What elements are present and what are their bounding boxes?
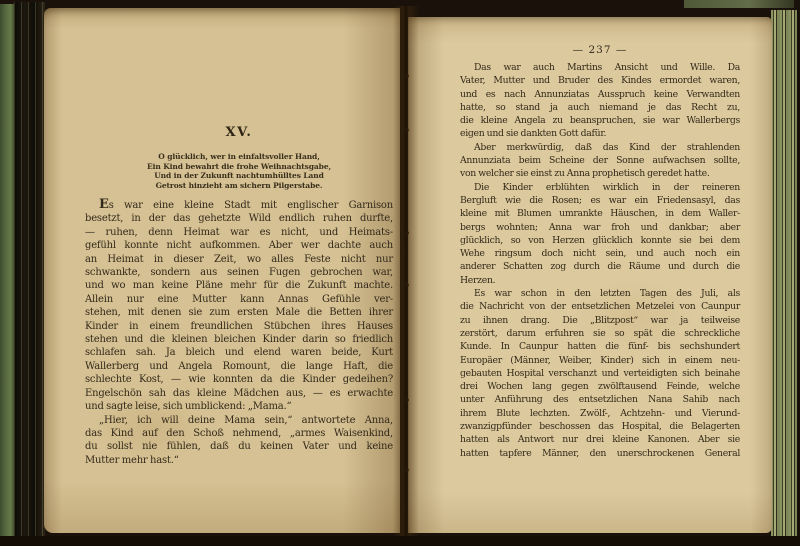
book-cover-top-right-edge [684,0,794,8]
binding-stitch [404,128,409,132]
left-page: XV. O glücklich, wer in einfaltsvoller H… [44,8,400,533]
text-line: gebauten Hospital verschanzt und verteid… [460,367,740,380]
epigraph: O glücklich, wer in einfaltsvoller Hand,… [85,152,393,190]
text-line: die Nachricht von der entsetzlichen Metz… [460,300,740,313]
page-edge-stack-left [14,2,45,544]
epigraph-line: Und in der Zukunft nachtumhülltes Land [85,171,393,181]
text-line: — ruhen, denn Heimat war es nicht, und H… [85,226,393,239]
text-line: hatte, so stand ja auch niemand je das R… [460,101,740,114]
epigraph-line: O glücklich, wer in einfaltsvoller Hand, [85,152,393,162]
initial-capital: E [99,197,109,212]
page-number: — 237 — [460,44,740,56]
text-line: und sagte leise, sich umblickend: „Mama.… [85,400,393,413]
text-line: drei Wochen lang gegen zwölftausend Fein… [460,380,740,393]
text-line: gefühl konnte nicht aufkommen. Aber wer … [85,239,393,252]
text-line: Vater, Mutter und Bruder des Kindes ermo… [460,74,740,87]
text-line: zu ihnen drang. Die „Blitzpost“ war ja t… [460,314,740,327]
text-line: hatten tapfere Männer, den unerschrocken… [460,447,740,460]
text-line: das Kind auf den Schoß nehmend, „armes W… [85,427,393,440]
text-line: Herzen. [460,274,740,287]
text-line: Wehe ringsum doch nicht sein, und auch n… [460,247,740,260]
text-line: besetzt, in der das gehetzte Wild endlic… [85,212,393,225]
text-line: ihrem Blute lechzten. Zwölf-, Achtzehn- … [460,407,740,420]
binding-stitch [404,468,409,472]
text-line: Es war schon in den letzten Tagen des Ju… [460,287,740,300]
text-line: glücklich, so von Herzen glücklich konnt… [460,234,740,247]
text-line: Kunde. In Caunpur hatten die fünf- bis s… [460,340,740,353]
text-line: schlafen sah. Ja bleich und elend waren … [85,346,393,359]
text-line: kleine mit Blumen umrankte Häuschen, in … [460,207,740,220]
open-book: XV. O glücklich, wer in einfaltsvoller H… [0,0,800,546]
book-cover-left-edge [0,4,14,542]
book-gutter [393,6,419,536]
text-line: von welcher sie einst zu Anna prophetisc… [460,167,740,180]
text-line: Bergluft wie die Rosen; es war ein Fried… [460,194,740,207]
binding-stitch [404,231,409,235]
text-line: Wallerberg und Angela Romount, die lange… [85,360,393,373]
text-line: „Hier, ich will deine Mama sein,“ antwor… [85,414,393,427]
text-line: schlechte Kost, — wie konnten da die Kin… [85,373,393,386]
text-line: Mutter mehr hast.“ [85,454,393,467]
text-line: Annunziata beim Scheine der Sonne aufwac… [460,154,740,167]
text-line: an Heimat in dieser Zeit, wo alles Feste… [85,253,393,266]
right-page: — 237 — Das war auch Martins Ansicht und… [408,17,772,533]
binding-stitch [404,74,409,78]
text-line: bergs wohnten; Anna war froh und dankbar… [460,221,740,234]
text-line: die kleine Angela zu beanspruchen, sie w… [460,114,740,127]
text-line: Europäer (Männer, Weiber, Kinder) sich i… [460,354,740,367]
text-line: stehen und die kleinen bleichen Kinder d… [85,333,393,346]
text-line: Das war auch Martins Ansicht und Wille. … [460,61,740,74]
right-page-body: Das war auch Martins Ansicht und Wille. … [460,61,740,460]
text-line: zwanzigpfünder beschossen das Hospital, … [460,420,740,433]
text-line: Aber merkwürdig, daß das Kind der strahl… [460,141,740,154]
binding-stitch [404,283,409,287]
text-line: Allein nur eine Mutter kann Annas Gefühl… [85,293,393,306]
text-line: zerstört, darum erfuhren sie so spät die… [460,327,740,340]
text-line: hatten als Antwort nur drei kleine Kanon… [460,433,740,446]
left-page-body: Es war eine kleine Stadt mit englischer … [85,198,393,467]
text-line: unter Anführung des entsetzlichen Nana S… [460,393,740,406]
text-line: Kinder in einem freundlichen Stübchen ih… [85,320,393,333]
text-line: und es nach Annunziatas Ausspruch keine … [460,88,740,101]
page-edge-stack-right [771,10,797,538]
epigraph-line: Ein Kind bewahrt die frohe Weihnachtsgab… [85,162,393,172]
text-line: du sollst nie fühlen, daß du keinen Vate… [85,440,393,453]
text-line: stehen, mit denen sie zum ersten Male di… [85,306,393,319]
binding-stitch [404,398,409,402]
chapter-heading: XV. [85,125,393,140]
text-line: schwankte, sondern aus seinen Fugen gebr… [85,266,393,279]
text-line: anderer Schatten zog durch die Räume und… [460,260,740,273]
text-line: Die Kinder erblühten wirklich in der rei… [460,181,740,194]
text-line: Engelschön sah das kleine Mädchen aus, —… [85,387,393,400]
epigraph-line: Getrost hinzieht am sichern Pilgerstabe. [85,181,393,191]
text-line: und wo man keine Pläne mehr für die Zuku… [85,279,393,292]
book-bottom-shadow [0,536,800,546]
text-line: eigen und sie dankten Gott dafür. [460,127,740,140]
text-line: Es war eine kleine Stadt mit englischer … [85,198,393,212]
